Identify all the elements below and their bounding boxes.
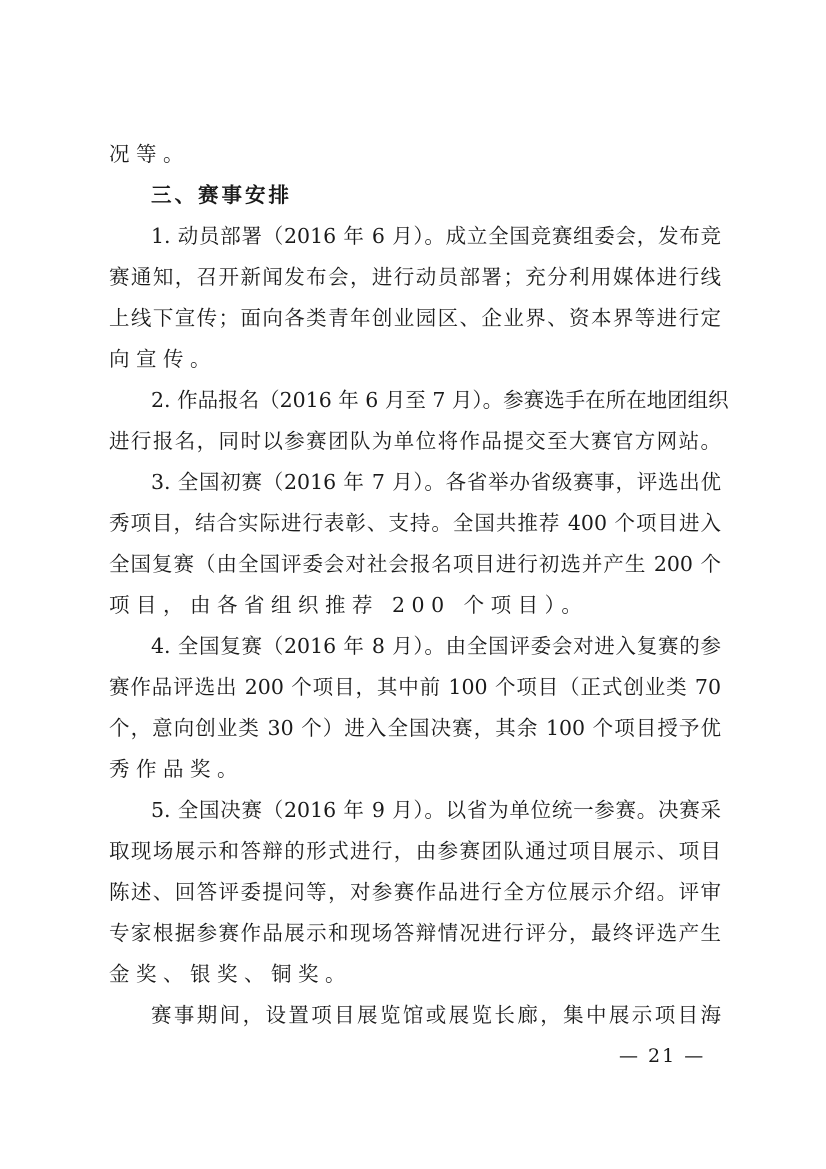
item-1-line-2: 赛通知，召开新闻发布会，进行动员部署；充分利用媒体进行线 [109,257,721,298]
item-1-line-1: 1. 动员部署（2016 年 6 月）。成立全国竞赛组委会，发布竞 [109,216,721,257]
item-3-line-4: 项目，由各省组织推荐 200 个项目）。 [109,585,721,626]
item-3-line-2: 秀项目，结合实际进行表彰、支持。全国共推荐 400 个项目进入 [109,503,721,544]
item-3-line-3: 全国复赛（由全国评委会对社会报名项目进行初选并产生 200 个 [109,544,721,585]
item-5-line-2: 取现场展示和答辩的形式进行，由参赛团队通过项目展示、项目 [109,831,721,872]
document-page: 况等。 三、赛事安排 1. 动员部署（2016 年 6 月）。成立全国竞赛组委会… [109,134,721,1036]
item-2-line-2: 进行报名，同时以参赛团队为单位将作品提交至大赛官方网站。 [109,421,721,462]
item-4-line-3: 个，意向创业类 30 个）进入全国决赛，其余 100 个项目授予优 [109,708,721,749]
section-heading: 三、赛事安排 [109,175,721,216]
item-3-line-1: 3. 全国初赛（2016 年 7 月）。各省举办省级赛事，评选出优 [109,462,721,503]
item-5-line-5: 金奖、银奖、铜奖。 [109,954,721,995]
item-4-line-1: 4. 全国复赛（2016 年 8 月）。由全国评委会对进入复赛的参 [109,626,721,667]
item-1-line-3: 上线下宣传；面向各类青年创业园区、企业界、资本界等进行定 [109,298,721,339]
item-4-line-2: 赛作品评选出 200 个项目，其中前 100 个项目（正式创业类 70 [109,667,721,708]
item-5-line-1: 5. 全国决赛（2016 年 9 月）。以省为单位统一参赛。决赛采 [109,790,721,831]
paragraph-continuation: 况等。 [109,134,721,175]
closing-paragraph-line-1: 赛事期间，设置项目展览馆或展览长廊，集中展示项目海 [109,995,721,1036]
item-2-line-1: 2. 作品报名（2016 年 6 月至 7 月）。参赛选手在所在地团组织 [109,380,721,421]
item-5-line-4: 专家根据参赛作品展示和现场答辩情况进行评分，最终评选产生 [109,913,721,954]
page-number: — 21 — [619,1043,705,1069]
item-1-line-4: 向宣传。 [109,339,721,380]
item-5-line-3: 陈述、回答评委提问等，对参赛作品进行全方位展示介绍。评审 [109,872,721,913]
item-4-line-4: 秀作品奖。 [109,749,721,790]
